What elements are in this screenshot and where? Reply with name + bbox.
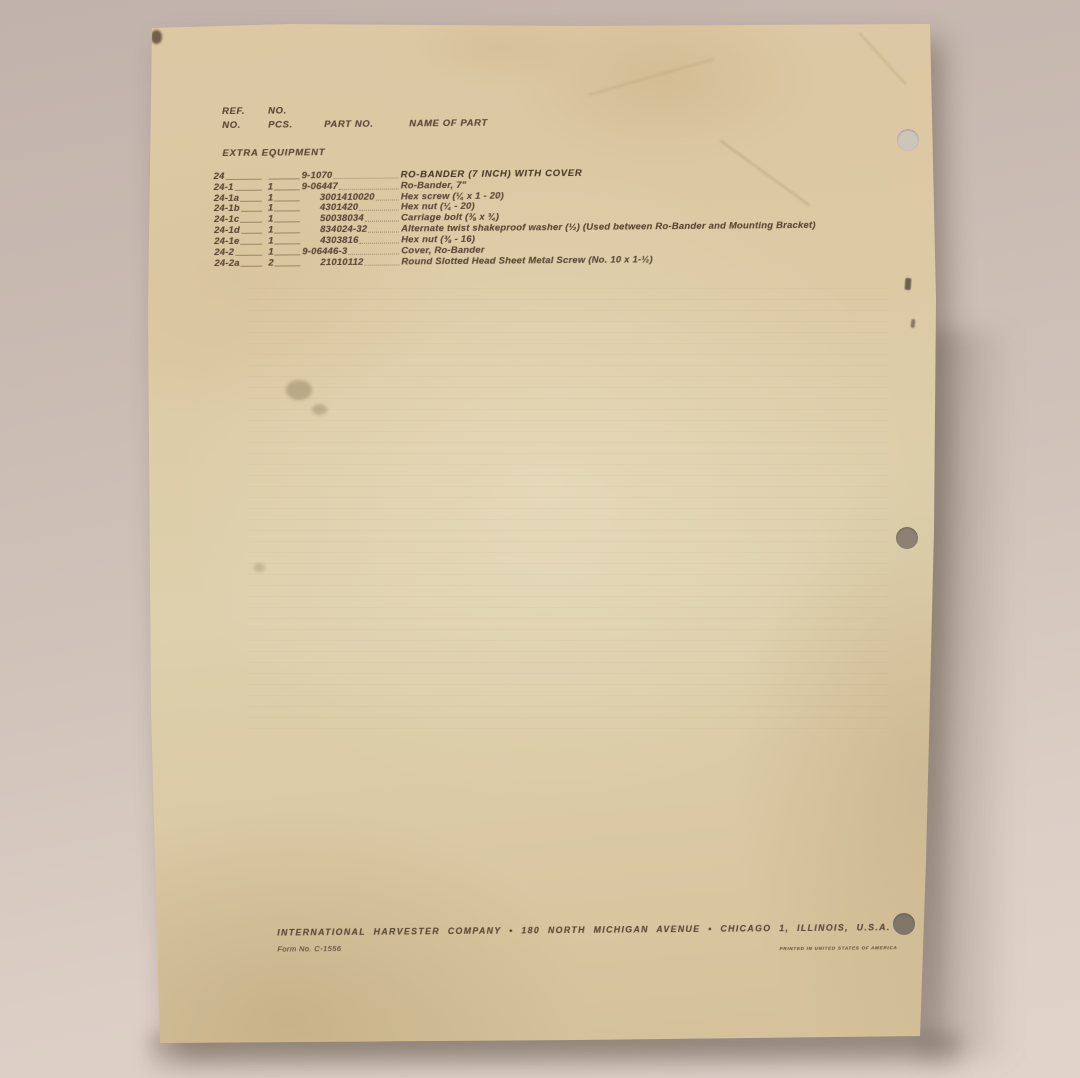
header-pcs-label: PCS. — [268, 119, 293, 130]
leader-line — [240, 200, 262, 201]
photo-backdrop: REF. NO. NO. PCS. PART NO. NAME OF PART … — [0, 0, 1080, 1078]
part-no-cell: 3001410020 — [302, 192, 401, 203]
part-no-cell: 21010112 — [302, 257, 401, 268]
part-no-cell: 4301420 — [302, 203, 401, 214]
leader-line — [241, 233, 262, 234]
ref-no-cell: 24-1b — [214, 204, 264, 214]
pcs-cell: 1 — [264, 215, 302, 225]
header-no2-label: NO. — [222, 120, 241, 131]
part-no-cell: 50038034 — [302, 214, 401, 225]
leader-line — [275, 243, 301, 244]
ref-no-cell: 24-2 — [214, 247, 264, 257]
leader-line — [235, 189, 262, 190]
leader-line — [240, 244, 262, 245]
section-title-extra-equipment: EXTRA EQUIPMENT — [222, 147, 325, 159]
paper-sheet-wrapper: REF. NO. NO. PCS. PART NO. NAME OF PART … — [148, 20, 940, 1048]
part-no-cell: 4303816 — [302, 235, 401, 246]
ref-no-cell: 24-1a — [214, 193, 264, 203]
leader-dots — [365, 264, 400, 265]
part-no-cell: 9-06447 — [302, 181, 401, 192]
leader-dots — [360, 242, 400, 243]
leader-dots — [339, 188, 399, 190]
leader-line — [274, 211, 300, 212]
ref-no-cell: 24-1c — [214, 215, 264, 225]
ref-no-cell: 24-1e — [214, 237, 264, 247]
leader-line — [274, 189, 300, 190]
leader-line — [235, 254, 262, 255]
leader-line — [241, 211, 262, 212]
pcs-cell: 1 — [264, 247, 302, 257]
pcs-cell: 1 — [264, 236, 302, 246]
header-name-of-part-label: NAME OF PART — [409, 118, 488, 130]
pcs-cell: 1 — [264, 182, 302, 192]
leader-line — [275, 254, 301, 255]
part-no-cell: 9-06446-3 — [302, 246, 401, 257]
leader-line — [275, 265, 301, 266]
leader-dots — [359, 210, 399, 211]
ref-no-cell: 24 — [214, 171, 264, 181]
ref-no-cell: 24-2a — [214, 258, 264, 268]
ref-no-cell: 24-1d — [214, 226, 264, 236]
leader-line — [240, 222, 262, 223]
leader-line — [274, 200, 300, 201]
part-no-cell: 834024-32 — [302, 225, 401, 236]
leader-line — [241, 265, 263, 266]
leader-dots — [376, 199, 399, 200]
ref-no-cell: 24-1 — [214, 182, 264, 192]
leader-dots — [348, 253, 399, 254]
table-header: REF. NO. NO. PCS. PART NO. NAME OF PART — [147, 14, 939, 21]
footer-printed-line: PRINTED IN UNITED STATES OF AMERICA — [747, 945, 897, 951]
header-no-label: NO. — [268, 105, 287, 116]
part-no-cell: 9-1070 — [302, 170, 401, 181]
header-ref-label: REF. — [222, 106, 245, 117]
parts-list: 24 9-1070 RO-BANDER (7 INCH) WITH COVER … — [214, 165, 877, 268]
footer-company-line: INTERNATIONAL HARVESTER COMPANY • 180 NO… — [277, 922, 917, 938]
leader-line — [275, 232, 301, 233]
pcs-cell: 1 — [264, 225, 302, 235]
leader-dots — [365, 221, 399, 222]
document-content: REF. NO. NO. PCS. PART NO. NAME OF PART … — [147, 14, 948, 1049]
footer-form-number: Form No. C-1556 — [277, 944, 341, 954]
header-part-no-label: PART NO. — [324, 119, 373, 130]
leader-line — [274, 222, 300, 223]
paper-sheet: REF. NO. NO. PCS. PART NO. NAME OF PART … — [148, 20, 940, 1048]
leader-dots — [333, 177, 398, 179]
pcs-cell: 1 — [264, 193, 302, 203]
leader-dots — [368, 232, 399, 233]
pcs-cell: 1 — [264, 204, 302, 214]
leader-line — [226, 179, 262, 180]
part-name-cell: Round Slotted Head Sheet Metal Screw (No… — [401, 253, 876, 267]
pcs-cell: 2 — [264, 258, 302, 268]
leader-line — [269, 178, 300, 179]
